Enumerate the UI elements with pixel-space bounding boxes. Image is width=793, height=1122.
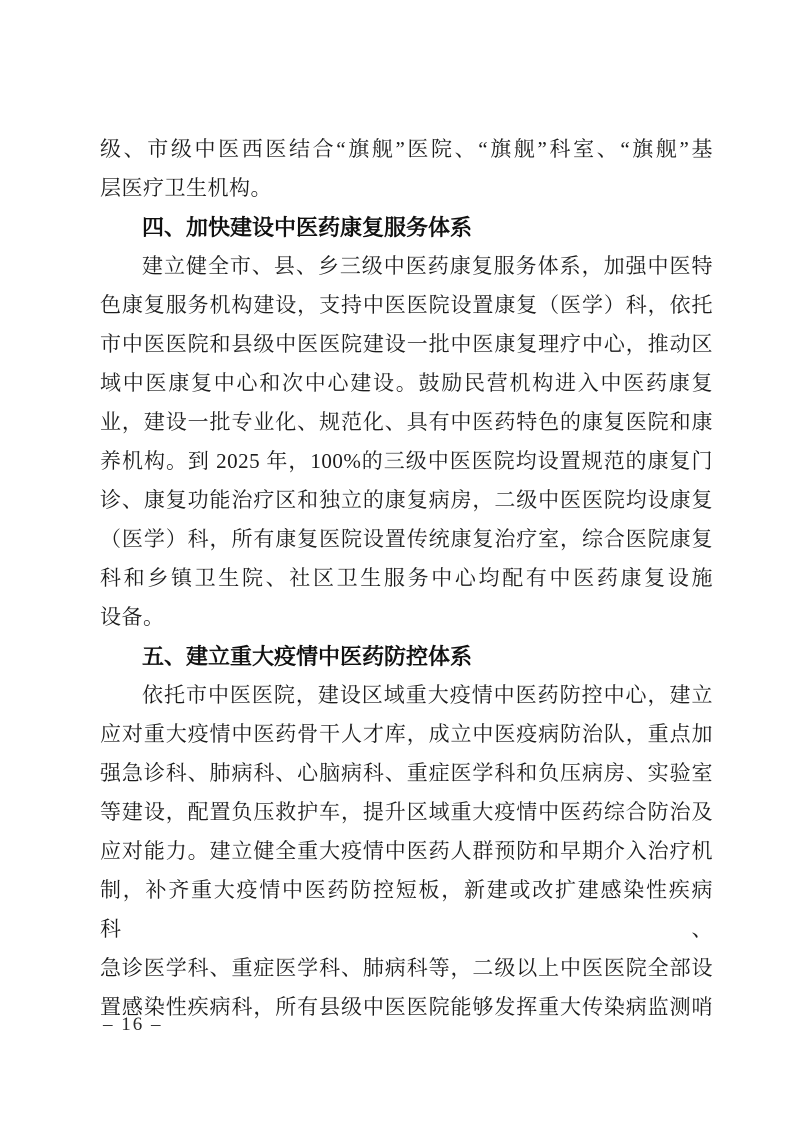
page-body: 级、市级中医西医结合“旗舰”医院、“旗舰”科室、“旗舰”基 层医疗卫生机构。 四… — [100, 130, 713, 1027]
text-line: 色康复服务机构建设，支持中医医院设置康复（医学）科，依托 — [100, 286, 713, 325]
document-page: 级、市级中医西医结合“旗舰”医院、“旗舰”科室、“旗舰”基 层医疗卫生机构。 四… — [0, 0, 793, 1122]
text-line: 制，补齐重大疫情中医药防控短板，新建或改扩建感染性疾病科、 — [100, 871, 713, 949]
text-line: 市中医医院和县级中医医院建设一批中医康复理疗中心，推动区 — [100, 325, 713, 364]
text-line: 层医疗卫生机构。 — [100, 169, 713, 208]
text-line: 建立健全市、县、乡三级中医药康复服务体系，加强中医特 — [100, 247, 713, 286]
text-line: 级、市级中医西医结合“旗舰”医院、“旗舰”科室、“旗舰”基 — [100, 130, 713, 169]
text-line: 设备。 — [100, 598, 713, 637]
text-line: 依托市中医医院，建设区域重大疫情中医药防控中心，建立 — [100, 676, 713, 715]
text-line: 置感染性疾病科，所有县级中医医院能够发挥重大传染病监测哨 — [100, 988, 713, 1027]
section-heading-four: 四、加快建设中医药康复服务体系 — [100, 208, 713, 247]
page-number: – 16 – — [103, 1012, 163, 1038]
text-line: 应对能力。建立健全重大疫情中医药人群预防和早期介入治疗机 — [100, 832, 713, 871]
text-line: （医学）科，所有康复医院设置传统康复治疗室，综合医院康复 — [100, 520, 713, 559]
text-line: 域中医康复中心和次中心建设。鼓励民营机构进入中医药康复 — [100, 364, 713, 403]
section-heading-five: 五、建立重大疫情中医药防控体系 — [100, 637, 713, 676]
text-line: 急诊医学科、重症医学科、肺病科等，二级以上中医医院全部设 — [100, 949, 713, 988]
text-line: 养机构。到 2025 年，100%的三级中医医院均设置规范的康复门 — [100, 442, 713, 481]
text-line: 应对重大疫情中医药骨干人才库，成立中医疫病防治队，重点加 — [100, 715, 713, 754]
text-line: 强急诊科、肺病科、心脑病科、重症医学科和负压病房、实验室 — [100, 754, 713, 793]
text-line: 科和乡镇卫生院、社区卫生服务中心均配有中医药康复设施 — [100, 559, 713, 598]
text-line: 等建设，配置负压救护车，提升区域重大疫情中医药综合防治及 — [100, 793, 713, 832]
text-line: 业，建设一批专业化、规范化、具有中医药特色的康复医院和康 — [100, 403, 713, 442]
text-line: 诊、康复功能治疗区和独立的康复病房，二级中医医院均设康复 — [100, 481, 713, 520]
